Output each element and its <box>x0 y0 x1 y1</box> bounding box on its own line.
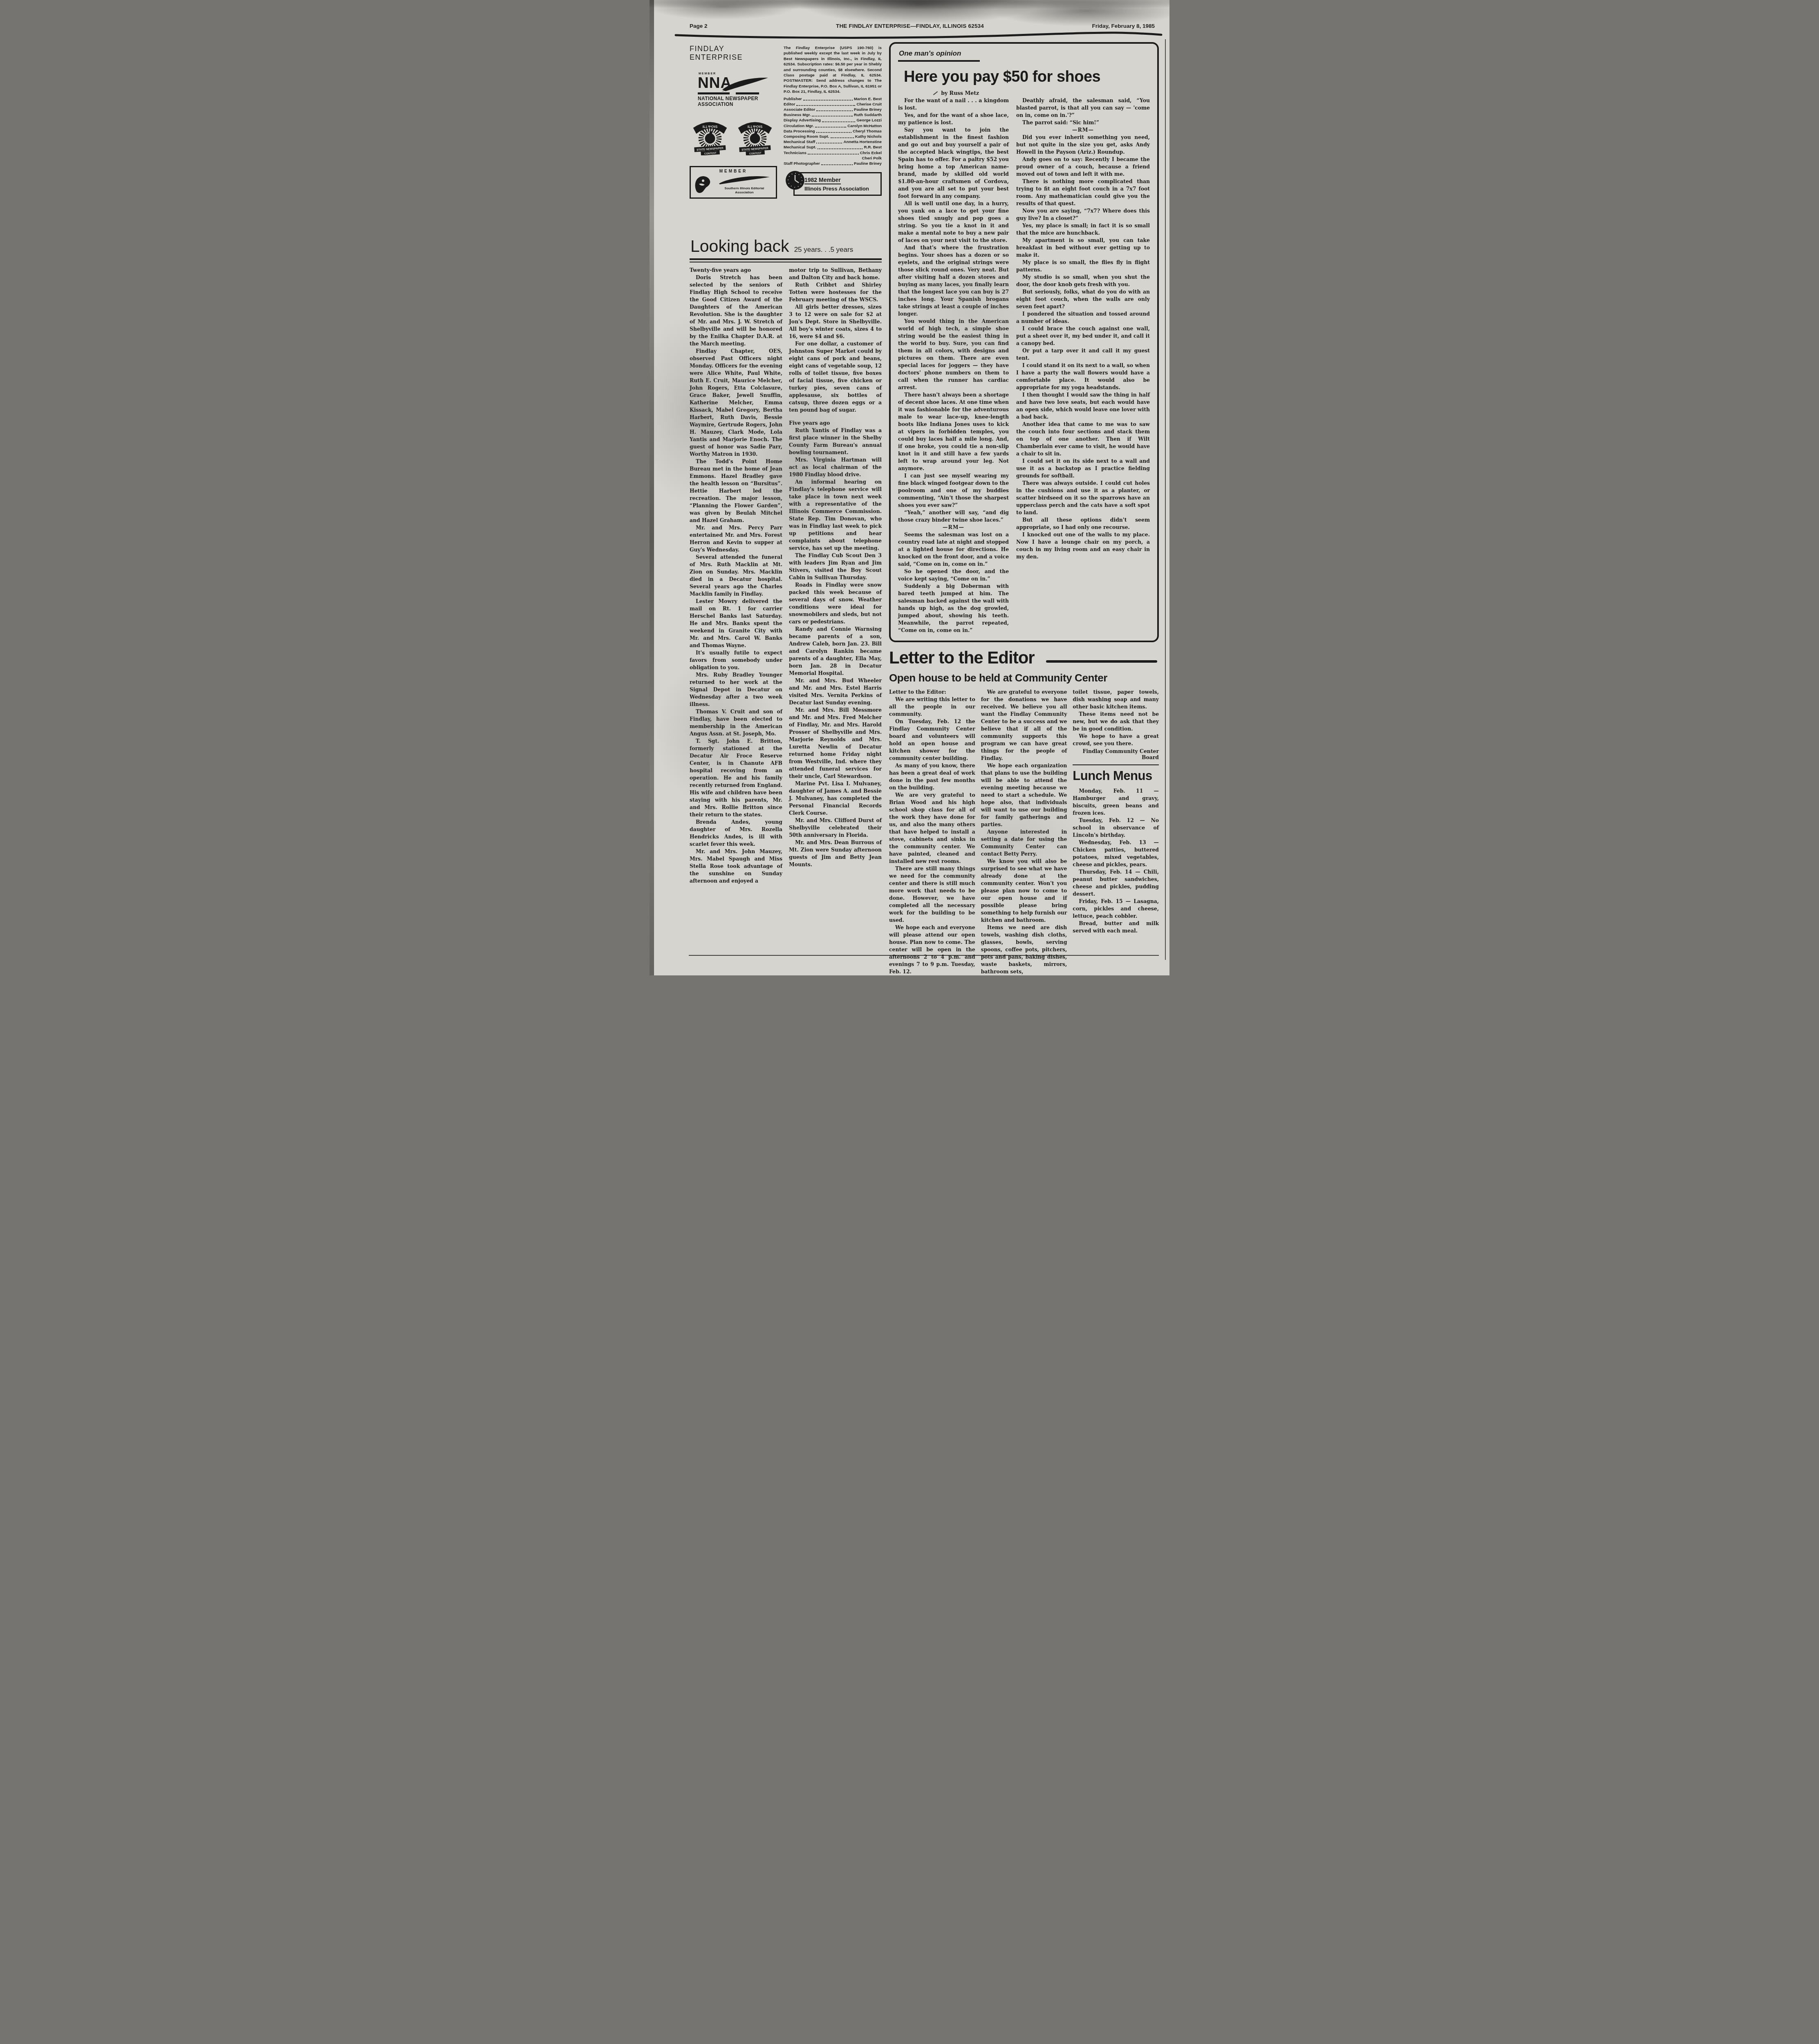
paragraph: We hope to have a great crowd, see you t… <box>1073 733 1159 747</box>
paragraph: We hope each and everyone will please at… <box>889 924 975 975</box>
looking-back-rule <box>690 258 882 262</box>
paragraph: We hope each organization that plans to … <box>981 762 1067 828</box>
five-years-subhead: Five years ago <box>789 419 882 427</box>
paragraph: I could stand it on its next to a wall, … <box>1016 362 1150 391</box>
quill-swoosh-icon <box>718 175 771 185</box>
opinion-kicker: One man's opinion <box>898 49 980 62</box>
staff-row: Composing Room Supt.Kathy Nichols <box>784 134 882 139</box>
staff-list: PublisherMarion E. BestEditorCherise Cru… <box>784 96 882 167</box>
paragraph: Marine Pvt. Lisa I. Mulvaney, daughter o… <box>789 780 882 817</box>
paragraph: Mr. and Mrs. Bill Messmore and Mr. and M… <box>789 706 882 780</box>
paragraph: Several attended the funeral of Mrs. Rut… <box>690 554 782 598</box>
paragraph: We know you will also be surprised to se… <box>981 858 1067 924</box>
paragraph: I could brace the couch against one wall… <box>1016 325 1150 347</box>
paragraph: Yes, my place is small; in fact it is so… <box>1016 222 1150 237</box>
scan-film-edge <box>650 0 654 975</box>
left-column: FINDLAY ENTERPRISE MEMBER NNA NATIONAL N… <box>690 42 882 975</box>
staff-row: Business Mgr.Ruth Suddarth <box>784 112 882 118</box>
paragraph: But seriously, folks, what do you do wit… <box>1016 288 1150 310</box>
staff-row: Mechanical Supt.R.R. Best <box>784 145 882 150</box>
right-column: One man's opinion Here you pay $50 for s… <box>889 42 1159 975</box>
member-label: MEMBER <box>693 169 773 174</box>
opinion-byline: by Russ Metz <box>898 90 1014 96</box>
letter-heading: Letter to the Editor <box>889 648 1035 668</box>
svg-text:CONTEST: CONTEST <box>749 152 762 155</box>
staff-row: Cheri Polk <box>784 156 882 161</box>
header-rule <box>674 31 1163 39</box>
paragraph: I then thought I would saw the thing in … <box>1016 391 1150 421</box>
staff-row: Mechanical StaffAnnetta Hortenstine <box>784 139 882 145</box>
paragraph: And that's where the frustration begins.… <box>898 244 1009 318</box>
paragraph: But all these options didn't seem approp… <box>1016 516 1150 531</box>
paragraph: My studio is so small, when you shut the… <box>1016 273 1150 288</box>
paragraph: Thomas V. Cruit and son of Findlay, have… <box>690 708 782 737</box>
paragraph: My place is so small, the flies fly in f… <box>1016 259 1150 273</box>
looking-back-section: Looking back 25 years. . .5 years Twenty… <box>690 237 882 885</box>
page-header: Page 2 THE FINDLAY ENTERPRISE—FINDLAY, I… <box>650 0 1169 31</box>
letter-col-2: We are grateful to everyone for the dona… <box>981 688 1067 975</box>
svg-text:CONTEST: CONTEST <box>704 152 717 155</box>
paragraph: Did you ever inherit something you need,… <box>1016 134 1150 156</box>
staff-row: EditorCherise Cruit <box>784 102 882 107</box>
paragraph: “Yeah,” another will say, “and dig those… <box>898 509 1009 524</box>
staff-row: Display AdvertisingGeorge Lozzi <box>784 118 882 123</box>
looking-back-col-2: motor trip to Sullivan, Bethany and Dalt… <box>789 267 882 885</box>
paragraph: Andy goes on to say: Recently I became t… <box>1016 156 1150 178</box>
paragraph: There is nothing more complicated than t… <box>1016 178 1150 207</box>
paragraph: —RM— <box>898 524 1009 531</box>
nna-logo: MEMBER NNA NATIONAL NEWSPAPER ASSOCIATIO… <box>690 72 777 107</box>
letter-signature: Findlay Community Center Board <box>1073 748 1159 760</box>
paragraph: Ruth Cribbrt and Shirley Totten were hos… <box>789 281 882 303</box>
page-number: Page 2 <box>690 23 751 29</box>
paragraph: I pondered the situation and tossed arou… <box>1016 310 1150 325</box>
looking-back-col-1: Twenty-five years ago Doris Stretch has … <box>690 267 782 885</box>
paragraph: An informal hearing on Findlay's telepho… <box>789 478 882 552</box>
paragraph: Mr. and Mrs. Bud Wheeler and Mr. and Mrs… <box>789 677 882 706</box>
publication-statement: The Findlay Enterprise (USPS 190-760) is… <box>784 45 882 95</box>
svg-text:ILLINOIS: ILLINOIS <box>703 125 718 129</box>
paragraph: I can just see myself wearing my fine bl… <box>898 472 1009 509</box>
pen-mark-icon <box>933 91 938 95</box>
paragraph: We are very grateful to Brian Wood and h… <box>889 791 975 865</box>
paragraph: On Tuesday, Feb. 12 the Findlay Communit… <box>889 718 975 762</box>
lunch-menu-list: Monday, Feb. 11 — Hamburger and gravy, b… <box>1073 787 1159 935</box>
paragraph: Ruth Yantis of Findlay was a first place… <box>789 427 882 456</box>
illinois-contest-seal-icon: ILLINOIS STATE NEWSPAPER CONTEST <box>735 116 775 155</box>
letter-section: Letter to the Editor Open house to be he… <box>889 648 1159 975</box>
paragraph: Tuesday, Feb. 12 — No school in observan… <box>1073 817 1159 839</box>
looking-back-subtitle: 25 years. . .5 years <box>794 246 853 254</box>
paragraph: All girls better dresses, sizes 3 to 12 … <box>789 303 882 340</box>
paragraph: We are grateful to everyone for the dona… <box>981 688 1067 762</box>
paragraph: These items need not be new, but we do a… <box>1073 710 1159 733</box>
paragraph: Bread, butter and milk served with each … <box>1073 920 1159 935</box>
issue-date: Friday, February 8, 1985 <box>1069 23 1155 29</box>
member-org-line: Southern Illinois Editorial <box>715 186 773 191</box>
staff-row: Circulation Mgr.Carolyn McHatton <box>784 123 882 129</box>
paragraph: —RM— <box>1016 126 1150 134</box>
paragraph: Thursday, Feb. 14 — Chili, peanut butter… <box>1073 868 1159 898</box>
paragraph: Mr. and Mrs. Dean Burrous of Mt. Zion we… <box>789 839 882 868</box>
paragraph: There hasn't always been a shortage of d… <box>898 391 1009 472</box>
press-membership-year: 1982 Member <box>804 177 841 184</box>
twenty-five-years-subhead: Twenty-five years ago <box>690 267 782 274</box>
letter-subhead: Open house to be held at Community Cente… <box>889 672 1159 684</box>
press-association-name: Illinois Press Association <box>804 186 877 192</box>
paragraph: There are still many things we need for … <box>889 865 975 924</box>
paragraph: The parrot said: “Sic him!” <box>1016 119 1150 126</box>
letter-col3-copy: toilet tissue, paper towels, dish washin… <box>1073 688 1159 747</box>
paragraph: Mr. and Mrs. Percy Parr entertained Mr. … <box>690 524 782 554</box>
paragraph: For the want of a nail . . . a kingdom i… <box>898 97 1009 112</box>
looking-back-title: Looking back <box>690 237 789 256</box>
staff-row: Staff PhotographerPauline Briney <box>784 161 882 166</box>
paragraph: We are writing this letter to all the pe… <box>889 696 975 718</box>
nameplate: FINDLAY ENTERPRISE MEMBER NNA NATIONAL N… <box>690 42 777 233</box>
press-association-box: 1982 Member Illinois Press Association <box>793 172 882 196</box>
dog-head-icon <box>693 175 715 194</box>
paragraph: Friday, Feb. 15 — Lasagna, corn, pickles… <box>1073 898 1159 920</box>
svg-text:ILLINOIS: ILLINOIS <box>748 125 763 129</box>
paragraph: Another idea that came to me was to saw … <box>1016 421 1150 457</box>
quill-icon <box>721 76 770 92</box>
press-logo-icon <box>785 170 805 191</box>
paragraph: It's usually futile to expect favors fro… <box>690 649 782 671</box>
paragraph: toilet tissue, paper towels, dish washin… <box>1073 688 1159 710</box>
paragraph: Mrs. Virginia Hartman will act as local … <box>789 456 882 478</box>
paragraph: Yes, and for the want of a shoe lace, my… <box>898 112 1009 126</box>
paragraph: Mrs. Ruby Bradley Younger returned to he… <box>690 671 782 708</box>
nameplate-title: FINDLAY ENTERPRISE <box>690 45 777 62</box>
letter-col-1: Letter to the Editor:We are writing this… <box>889 688 975 975</box>
looking-back-col1-copy: Doris Stretch has been selected by the s… <box>690 274 782 885</box>
newspaper-page: Page 2 THE FINDLAY ENTERPRISE—FINDLAY, I… <box>650 0 1169 975</box>
page-bottom-rule <box>689 955 1159 956</box>
paragraph: Suddenly a big Doberman with bared teeth… <box>898 583 1009 634</box>
opinion-box: One man's opinion Here you pay $50 for s… <box>889 42 1159 642</box>
member-org-line: Association <box>715 191 773 195</box>
paragraph: Mr. and Mrs. Clifford Durst of Shelbyvil… <box>789 817 882 839</box>
lunch-heading: Lunch Menus <box>1073 769 1159 783</box>
staff-row: TechniciansChris Eckel <box>784 150 882 156</box>
nna-tagline-bar <box>698 92 759 94</box>
paragraph: Brenda Andes, young daughter of Mrs. Roz… <box>690 818 782 848</box>
paragraph: There was always outside. I could cut ho… <box>1016 480 1150 516</box>
paragraph: Wednesday, Feb. 13 — Chicken patties, bu… <box>1073 839 1159 868</box>
member-box: MEMBER Southern Illino <box>690 166 777 199</box>
page-body: FINDLAY ENTERPRISE MEMBER NNA NATIONAL N… <box>650 39 1169 975</box>
paragraph: For one dollar, a customer of Johnston S… <box>789 340 882 414</box>
lunch-menus-section: Lunch Menus Monday, Feb. 11 — Hamburger … <box>1073 764 1159 935</box>
paragraph: I knocked out one of the walls to my pla… <box>1016 531 1150 560</box>
illinois-contest-seal-icon: ILLINOIS STATE NEWSPAPER CONTEST <box>690 116 730 155</box>
paragraph: Or put a tarp over it and call it my gue… <box>1016 347 1150 362</box>
lunch-rule <box>1073 764 1159 765</box>
paragraph: Letter to the Editor: <box>889 688 975 696</box>
staff-row: PublisherMarion E. Best <box>784 96 882 102</box>
paragraph: Items we need are dish towels, washing d… <box>981 924 1067 975</box>
opinion-col-2: Deathly afraid, the salesman said, “You … <box>1016 97 1150 634</box>
paragraph: All is well until one day, in a hurry, y… <box>898 200 1009 244</box>
paragraph: motor trip to Sullivan, Bethany and Dalt… <box>789 267 882 281</box>
letter-col-3: toilet tissue, paper towels, dish washin… <box>1073 688 1159 975</box>
right-column-rule <box>1165 39 1166 960</box>
paragraph: Say you want to join the establishment i… <box>898 126 1009 200</box>
paragraph: Deathly afraid, the salesman said, “You … <box>1016 97 1150 119</box>
paragraph: Findlay Chapter, OES, observed Past Offi… <box>690 347 782 458</box>
paragraph: The Todd's Point Home Bureau met in the … <box>690 458 782 524</box>
paragraph: The Findlay Cub Scout Den 3 with leaders… <box>789 552 882 581</box>
staff-row: Data ProcessingCheryl Thomas <box>784 129 882 134</box>
paragraph: Seems the salesman was lost on a country… <box>898 531 1009 568</box>
paragraph: You would thing in the American world of… <box>898 318 1009 391</box>
masthead-area: FINDLAY ENTERPRISE MEMBER NNA NATIONAL N… <box>690 42 882 233</box>
paragraph: Mr. and Mrs. John Mauzey, Mrs. Mabel Spa… <box>690 848 782 885</box>
letter-heading-rule <box>1046 660 1157 663</box>
nna-caption: NATIONAL NEWSPAPER ASSOCIATION <box>698 96 771 107</box>
paragraph: My apartment is so small, you can take b… <box>1016 237 1150 259</box>
looking-back-col2-copy: motor trip to Sullivan, Bethany and Dalt… <box>789 267 882 414</box>
paragraph: So he opened the door, and the voice kep… <box>898 568 1009 583</box>
paragraph: Now you are saying, “7x7? Where does thi… <box>1016 207 1150 222</box>
paragraph: Lester Mowry delivered the mail on Rt. 1… <box>690 598 782 649</box>
contest-seals: ILLINOIS STATE NEWSPAPER CONTEST <box>690 116 777 155</box>
opinion-col-1: For the want of a nail . . . a kingdom i… <box>898 97 1009 634</box>
paragraph: Monday, Feb. 11 — Hamburger and gravy, b… <box>1073 787 1159 817</box>
paragraph: Roads in Findlay were snow packed this w… <box>789 581 882 625</box>
paragraph: Randy and Connie Warnsing became parents… <box>789 625 882 677</box>
looking-back-col2-copy: Ruth Yantis of Findlay was a first place… <box>789 427 882 868</box>
staff-row: Associate EditorPauline Briney <box>784 107 882 112</box>
paragraph: As many of you know, there has been a gr… <box>889 762 975 791</box>
running-title: THE FINDLAY ENTERPRISE—FINDLAY, ILLINOIS… <box>751 23 1069 29</box>
opinion-headline: Here you pay $50 for shoes <box>904 68 1150 86</box>
paragraph: Doris Stretch has been selected by the s… <box>690 274 782 347</box>
paragraph: I could set it on its side next to a wal… <box>1016 457 1150 480</box>
masthead-info: The Findlay Enterprise (USPS 190-760) is… <box>784 42 882 233</box>
paragraph: Anyone interested in setting a date for … <box>981 828 1067 858</box>
paragraph: T. Sgt. John E. Britton, formerly statio… <box>690 737 782 818</box>
